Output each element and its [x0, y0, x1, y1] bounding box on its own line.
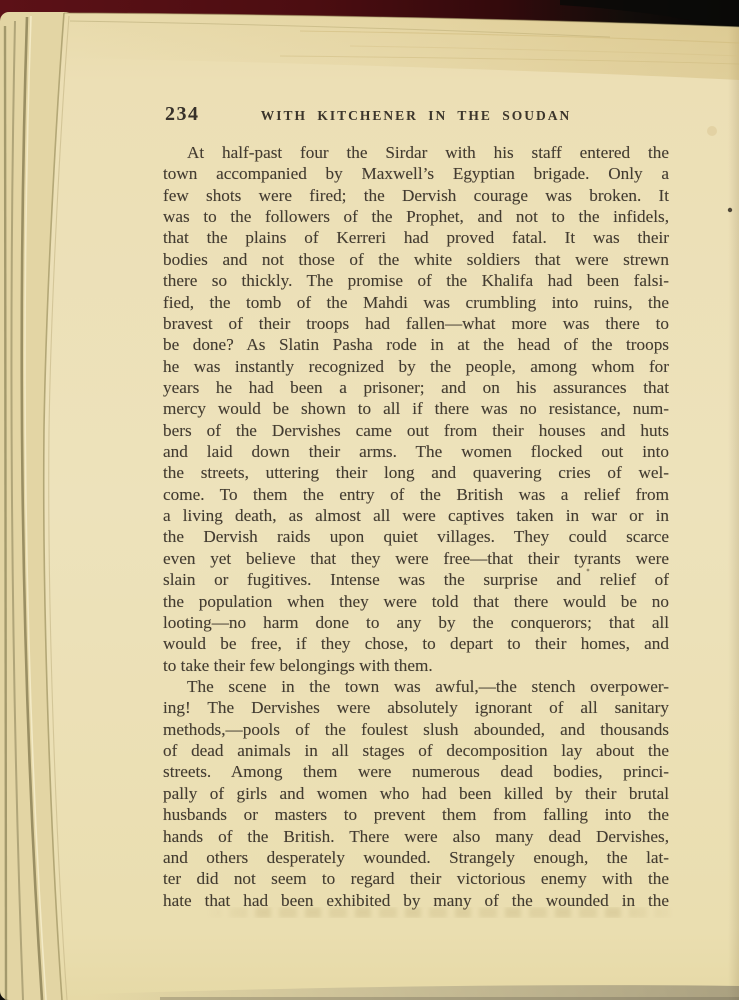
- text-line: was to the followers of the Prophet, and…: [163, 206, 669, 227]
- text-line: the streets, uttering their long and qua…: [163, 462, 669, 483]
- text-line: looting—no harm done to any by the conqu…: [163, 612, 669, 633]
- text-line: even yet believe that they were free—tha…: [163, 548, 669, 569]
- book-page-photo: 234 WITH KITCHENER IN THE SOUDAN At half…: [0, 0, 739, 1000]
- page-header: 234 WITH KITCHENER IN THE SOUDAN: [163, 103, 669, 127]
- text-line: ing! The Dervishes were absolutely ignor…: [163, 697, 669, 718]
- text-line: ter did not seem to regard their victori…: [163, 868, 669, 889]
- body-text: At half-past four the Sirdar with his st…: [163, 142, 669, 911]
- text-line: methods,—pools of the foulest slush abou…: [163, 719, 669, 740]
- text-line: he was instantly recognized by the peopl…: [163, 356, 669, 377]
- text-line: streets. Among them were numerous dead b…: [163, 761, 669, 782]
- text-line: a living death, as almost all were capti…: [163, 505, 669, 526]
- text-line: bers of the Dervishes came out from thei…: [163, 420, 669, 441]
- text-line: to take their few belongings with them.: [163, 655, 669, 676]
- text-line: years he had been a prisoner; and on his…: [163, 377, 669, 398]
- text-line: and laid down their arms. The women floc…: [163, 441, 669, 462]
- text-line: fied, the tomb of the Mahdi was crumblin…: [163, 292, 669, 313]
- text-line: would be free, if they chose, to depart …: [163, 633, 669, 654]
- text-line: husbands or masters to prevent them from…: [163, 804, 669, 825]
- text-line: that the plains of Kerreri had proved fa…: [163, 227, 669, 248]
- show-through-text: [205, 907, 683, 918]
- text-line: The scene in the town was awful,—the ste…: [163, 676, 669, 697]
- text-line: there so thickly. The promise of the Kha…: [163, 270, 669, 291]
- text-line: hands of the British. There were also ma…: [163, 826, 669, 847]
- text-line: mercy would be shown to all if there was…: [163, 398, 669, 419]
- text-line: the Dervish raids upon quiet villages. T…: [163, 526, 669, 547]
- text-line: the population when they were told that …: [163, 591, 669, 612]
- page-content: 234 WITH KITCHENER IN THE SOUDAN At half…: [163, 103, 669, 911]
- text-line: pally of girls and women who had been ki…: [163, 783, 669, 804]
- text-line: be done? As Slatin Pasha rode in at the …: [163, 334, 669, 355]
- running-title: WITH KITCHENER IN THE SOUDAN: [163, 108, 669, 124]
- text-line: come. To them the entry of the British w…: [163, 484, 669, 505]
- text-line: few shots were fired; the Dervish courag…: [163, 185, 669, 206]
- text-line: of dead animals in all stages of decompo…: [163, 740, 669, 761]
- text-line: and others desperately wounded. Strangel…: [163, 847, 669, 868]
- text-line: bravest of their troops had fallen—what …: [163, 313, 669, 334]
- text-line: At half-past four the Sirdar with his st…: [163, 142, 669, 163]
- text-line: slain or fugitives. Intense was the surp…: [163, 569, 669, 590]
- text-line: town accompanied by Maxwell’s Egyptian b…: [163, 163, 669, 184]
- text-line: bodies and not those of the white soldie…: [163, 249, 669, 270]
